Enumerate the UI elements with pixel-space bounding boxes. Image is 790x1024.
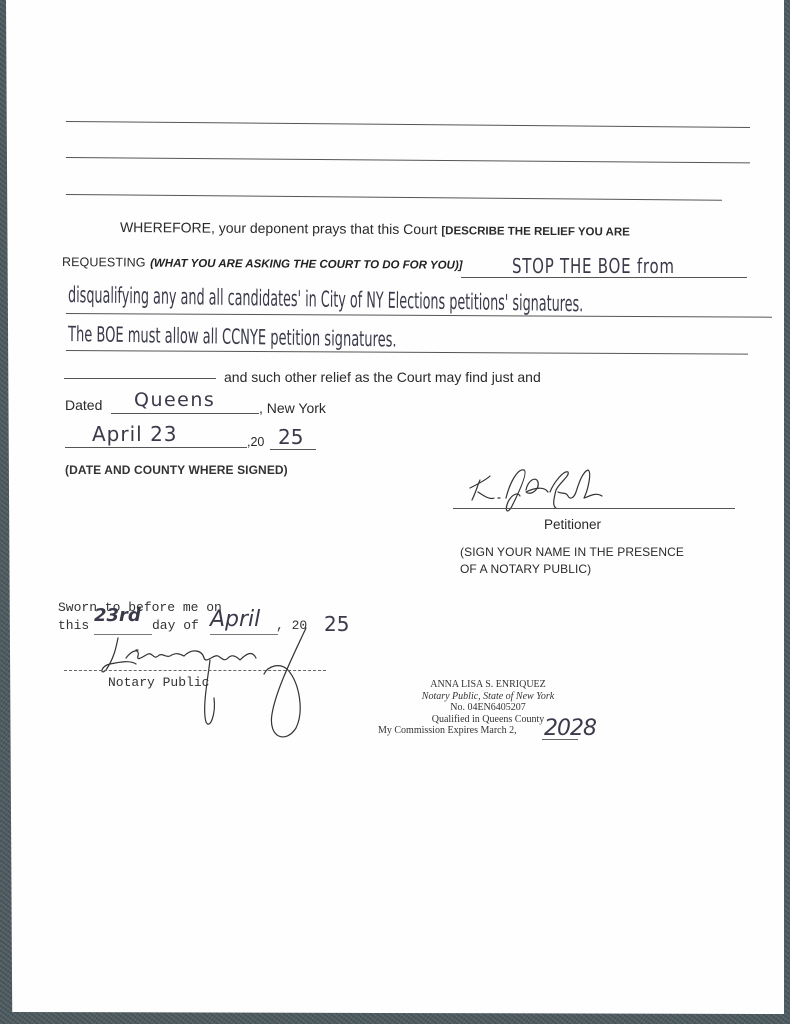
relief-handwritten-2: disqualifying any and all candidates' in…	[68, 283, 583, 317]
date-line	[65, 447, 247, 448]
blank-line-2	[66, 157, 750, 163]
notary-label: Notary Public	[108, 675, 209, 690]
notary-number: No. 04EN6405207	[378, 702, 598, 714]
relief-handwritten-3: The BOE must allow all CCNYE petition si…	[68, 322, 397, 352]
petitioner-signature-line	[453, 508, 735, 509]
document-page: WHEREFORE, your deponent prays that this…	[6, 0, 784, 1014]
wherefore-instruction: [DESCRIBE THE RELIEF YOU ARE	[441, 225, 630, 238]
petitioner-instruction-2: OF A NOTARY PUBLIC)	[460, 562, 591, 576]
dated-county-line	[111, 413, 259, 414]
blank-line-1	[66, 121, 750, 128]
petitioner-label: Petitioner	[544, 517, 601, 532]
sworn-this: this	[58, 618, 89, 633]
requesting-line: REQUESTING (WHAT YOU ARE ASKING THE COUR…	[62, 253, 463, 274]
dated-county-handwritten: Queens	[134, 389, 215, 411]
sworn-line-2: this	[58, 618, 89, 633]
date-year-prefix: ,20	[247, 435, 264, 449]
other-relief-text: and such other relief as the Court may f…	[224, 369, 541, 385]
wherefore-text: WHEREFORE, your deponent prays that this…	[120, 219, 438, 237]
blank-line-3	[66, 194, 722, 201]
dated-state: , New York	[259, 400, 326, 416]
requesting-instruction: (WHAT YOU ARE ASKING THE COURT TO DO FOR…	[150, 258, 462, 272]
other-relief-blank	[64, 378, 216, 379]
dated-label: Dated	[65, 397, 102, 413]
petitioner-instruction-1: (SIGN YOUR NAME IN THE PRESENCE	[460, 545, 684, 559]
date-year-handwritten: 25	[278, 425, 303, 449]
date-caption: (DATE AND COUNTY WHERE SIGNED)	[65, 463, 288, 477]
date-year-line	[270, 449, 316, 450]
notary-expiry-year-handwritten: 2028	[544, 716, 596, 741]
petitioner-signature-icon	[464, 462, 624, 522]
relief-handwritten-1: STOP THE BOE from	[512, 254, 675, 278]
notary-expires-label: My Commission Expires March 2,	[378, 725, 517, 736]
notary-signature-line	[64, 670, 326, 671]
notary-name: ANNA LISA S. ENRIQUEZ	[378, 679, 598, 691]
date-month-day-handwritten: April 23	[92, 422, 178, 446]
wherefore-paragraph: WHEREFORE, your deponent prays that this…	[120, 219, 630, 239]
relief-line-3	[66, 350, 748, 355]
requesting-label: REQUESTING	[62, 255, 146, 270]
notary-title: Notary Public, State of New York	[378, 691, 598, 703]
